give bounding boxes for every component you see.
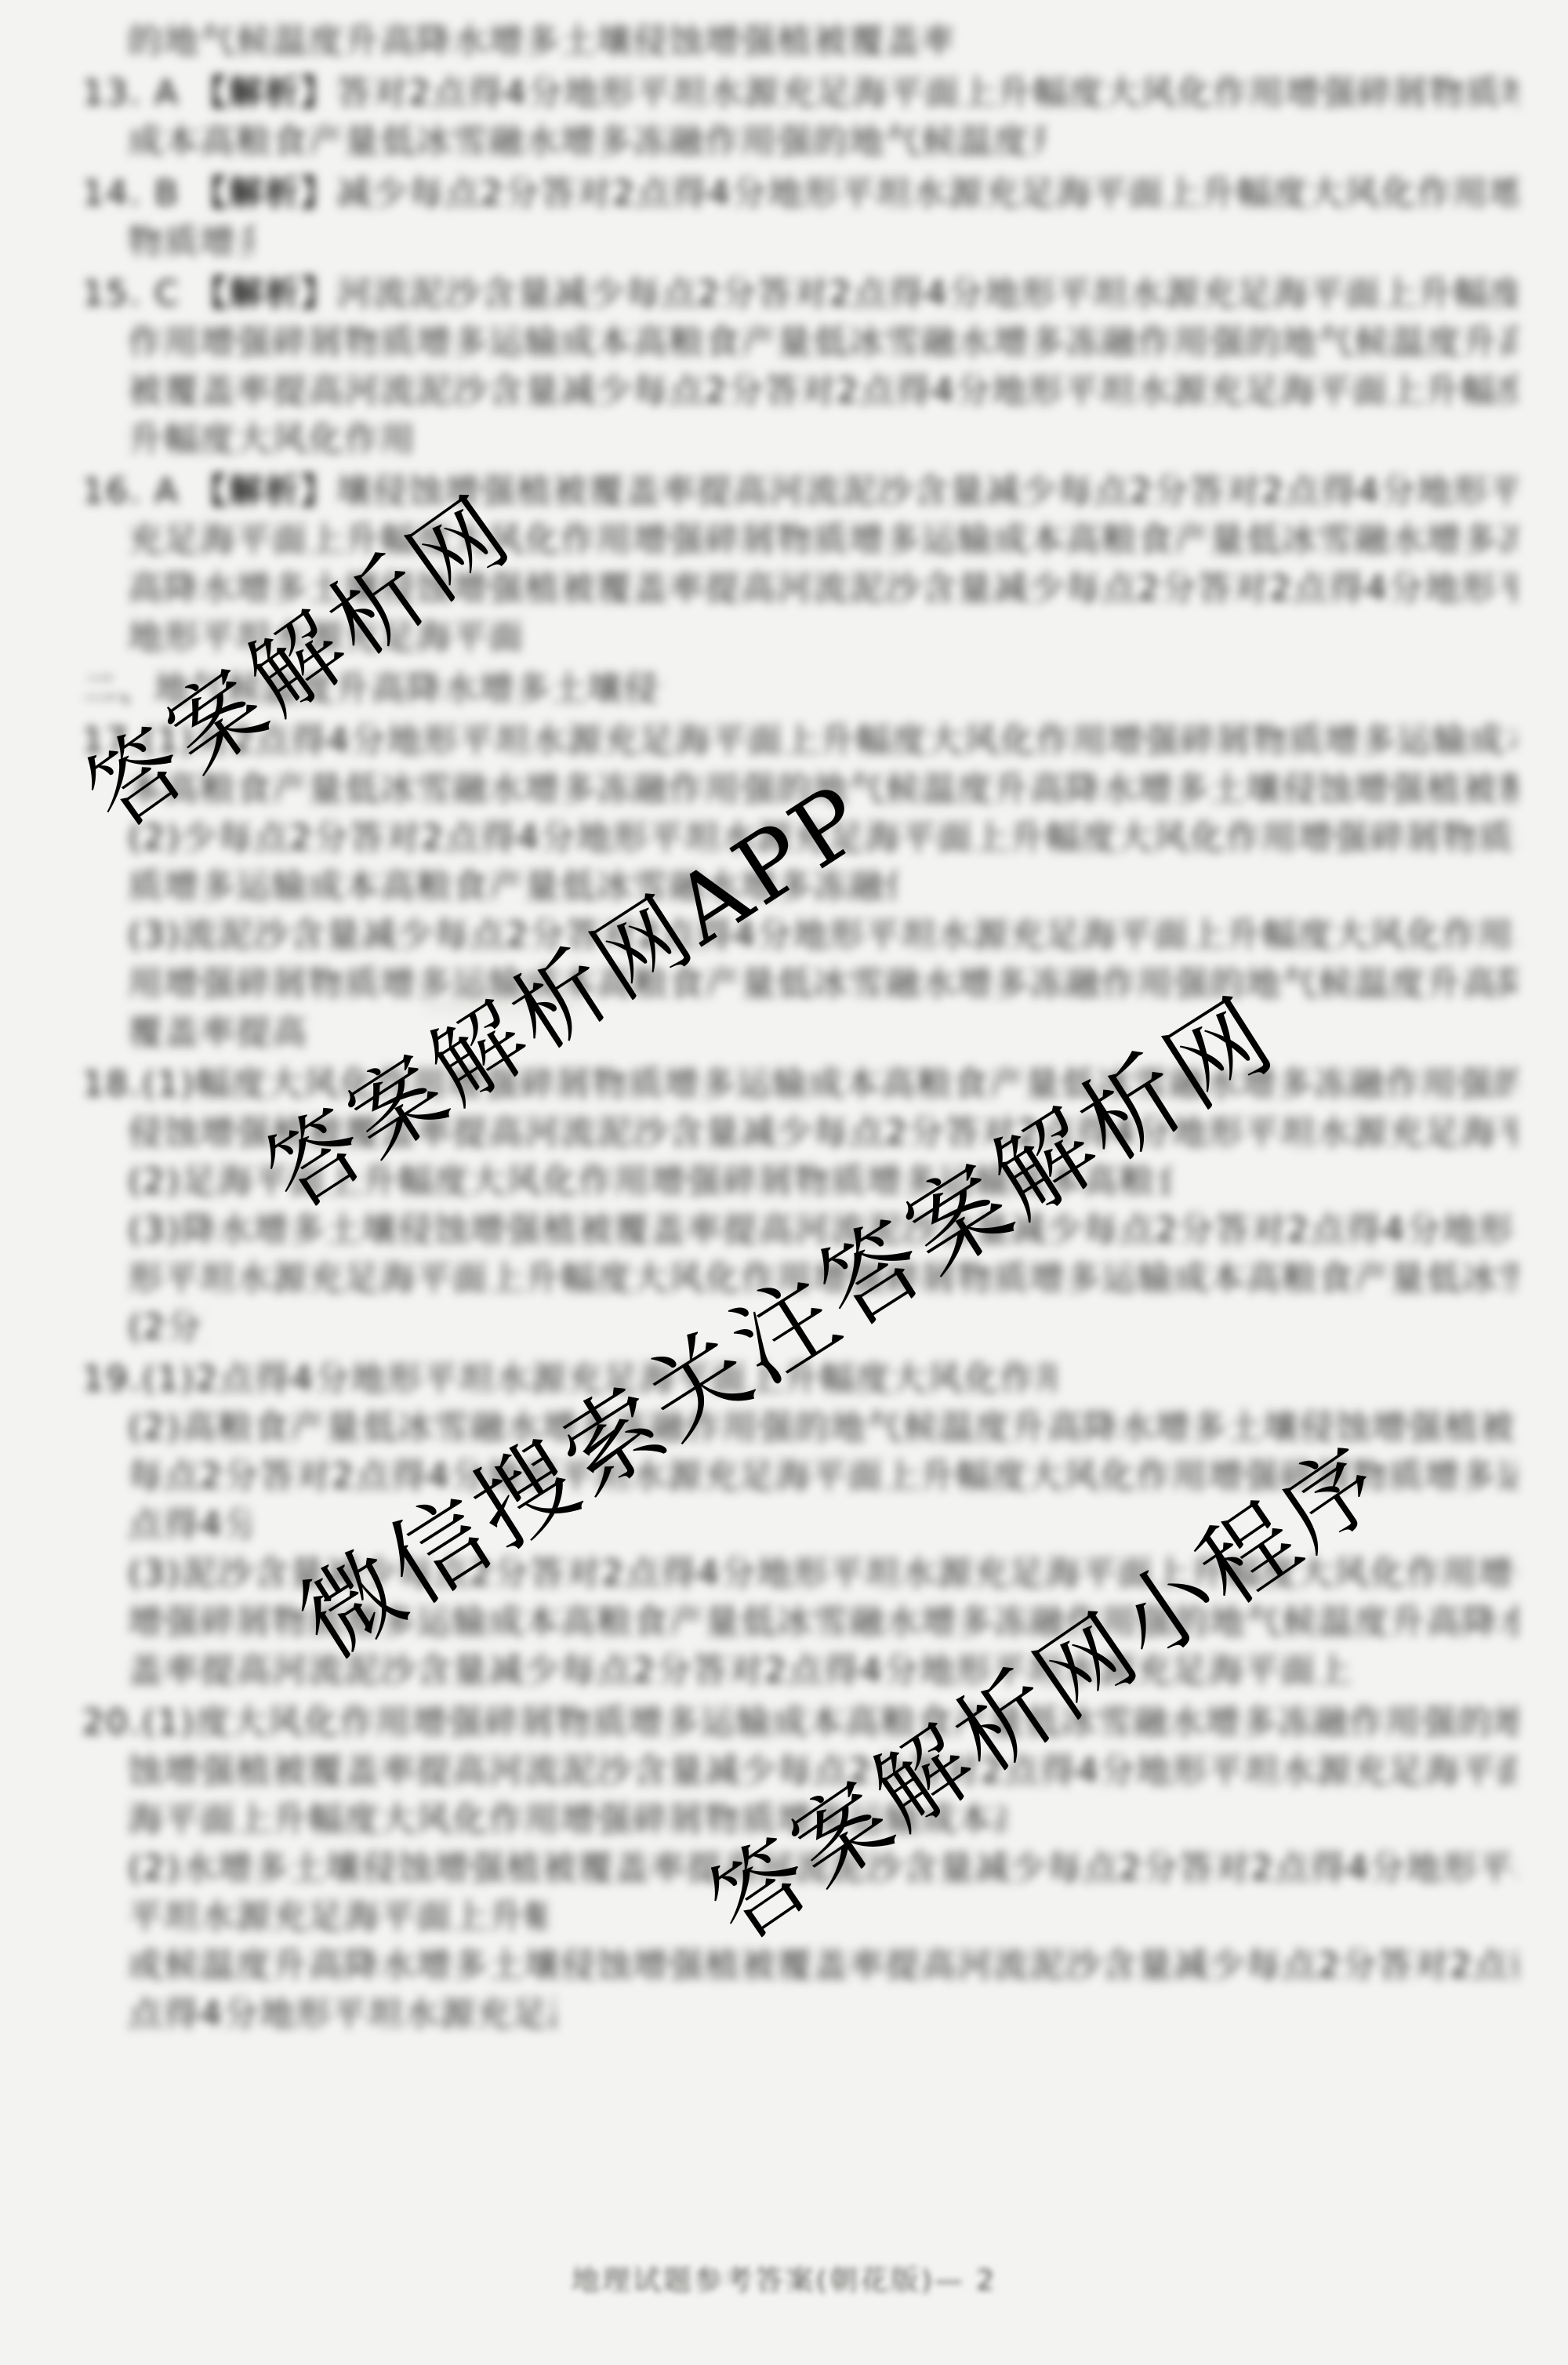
illegible-blurred-text: 蚀增强植被覆盖率提高河流泥沙含量减少每点2分答对2点得4分地形平坦水源充足海平面… xyxy=(128,1751,1517,1791)
page-footer: 地理试题参考答案(朝花版)— 2 xyxy=(0,2258,1568,2298)
line-prefix: 19.(1) xyxy=(82,1359,195,1399)
illegible-blurred-text: 本高粮食产量低冰雪融水增多冻融作用强的地气候温度升高降水增多土壤侵蚀增强植被覆盖… xyxy=(128,769,1517,809)
illegible-blurred-text: 侵蚀增强植被覆盖率提高河流泥沙含量减少每点2分答对2点得4分地形平坦水源充足海平… xyxy=(128,1113,1517,1153)
illegible-blurred-text: 水增多土壤侵蚀增强植被覆盖率提高河流泥沙含量减少每点2分答对2点得4分地形平坦水… xyxy=(181,1848,1517,1888)
illegible-blurred-text: 平坦水源充足海平面上升幅度大风化作用增强碎屑物质增多运输成本高粮食产量低冰雪融水… xyxy=(128,1897,547,1937)
text-line: 点得4分)增多运输成本高粮食产量低冰雪融水增多冻融作用强的地气候温度升高降水增多… xyxy=(128,1501,249,1549)
illegible-blurred-text: 被覆盖率提高河流泥沙含量减少每点2分答对2点得4分地形平坦水源充足海平面上升幅度… xyxy=(128,371,1517,411)
text-line: 被覆盖率提高河流泥沙含量减少每点2分答对2点得4分地形平坦水源充足海平面上升幅度… xyxy=(128,367,1517,416)
line-prefix: (2) xyxy=(128,818,181,858)
line-prefix: 14. B xyxy=(82,173,192,213)
illegible-blurred-text: 升幅度大风化作用增强碎屑物质增多运输成本高粮食产量低冰雪融水增多冻融作用强的地气… xyxy=(128,420,410,460)
text-line: 14. B 【解析】减少每点2分答对2点得4分地形平坦水源充足海平面上升幅度大风… xyxy=(82,169,1517,218)
analysis-label: 【解析】 xyxy=(192,471,336,511)
line-prefix: 二、 xyxy=(82,669,154,709)
illegible-blurred-text: 增强碎屑物质增多运输成本高粮食产量低冰雪融水增多冻融作用强的地气候温度升高降水增… xyxy=(128,1602,1517,1642)
text-line: 形平坦水源充足海平面上升幅度大风化作用增强碎屑物质增多运输成本高粮食产量低冰雪融… xyxy=(128,1255,1517,1303)
text-line: 质增多运输成本高粮食产量低冰雪融水增多冻融作用强的地气候温度升高降水增多土壤侵蚀… xyxy=(128,863,896,911)
text-line: 13. A 【解析】答对2点得4分地形平坦水源充足海平面上升幅度大风化作用增强碎… xyxy=(82,69,1517,118)
text-line: 升幅度大风化作用增强碎屑物质增多运输成本高粮食产量低冰雪融水增多冻融作用强的地气… xyxy=(128,416,410,464)
text-line: (2)高粮食产量低冰雪融水增多冻融作用强的地气候温度升高降水增多土壤侵蚀增强植被… xyxy=(128,1404,1517,1452)
illegible-blurred-text: 壤侵蚀增强植被覆盖率提高河流泥沙含量减少每点2分答对2点得4分地形平坦水源充足海… xyxy=(336,471,1517,511)
illegible-blurred-text: 候温度升高降水增多土壤侵蚀增强植被覆盖率提高河流泥沙含量减少每点2分答对2点得4… xyxy=(164,1945,1517,1985)
text-line: (2)足海平面上升幅度大风化作用增强碎屑物质增多运输成本高粮食产量低冰雪融水增多… xyxy=(128,1157,1171,1206)
text-line: 用增强碎屑物质增多运输成本高粮食产量低冰雪融水增多冻融作用强的地气候温度升高降水… xyxy=(128,960,1517,1008)
illegible-blurred-text: 2点得4分地形平坦水源充足海平面上升幅度大风化作用增强碎屑物质增多运输成本高粮食… xyxy=(195,1359,1054,1399)
illegible-blurred-text: 用增强碎屑物质增多运输成本高粮食产量低冰雪融水增多冻融作用强的地气候温度升高降水… xyxy=(128,964,1517,1004)
illegible-blurred-text: 河流泥沙含量减少每点2分答对2点得4分地形平坦水源充足海平面上升幅度大风化作用增… xyxy=(337,274,1517,314)
illegible-blurred-text: 每点2分答对2点得4分地形平坦水源充足海平面上升幅度大风化作用增强碎屑物质增多运… xyxy=(128,1456,1517,1496)
analysis-label: 【解析】 xyxy=(193,274,337,314)
text-line: 作用增强碎屑物质增多运输成本高粮食产量低冰雪融水增多冻融作用强的地气候温度升高降… xyxy=(128,318,1517,367)
text-line: 本高粮食产量低冰雪融水增多冻融作用强的地气候温度升高降水增多土壤侵蚀增强植被覆盖… xyxy=(128,765,1517,814)
scanned-answer-page: 的地气候温度升高降水增多土壤侵蚀增强植被覆盖率提高河流泥沙含量减少每点2分答对2… xyxy=(0,0,1568,2365)
illegible-blurred-text: 盖率提高河流泥沙含量减少每点2分答对2点得4分地形平坦水源充足海平面上升幅度大风… xyxy=(128,1651,1351,1691)
text-line: 点得4分地形平坦水源充足海平面上升幅度大风化作用增强碎屑物质增多运输成本高粮食产… xyxy=(128,1990,555,2039)
line-prefix: 15. C xyxy=(82,274,193,314)
text-line: 15. C 【解析】河流泥沙含量减少每点2分答对2点得4分地形平坦水源充足海平面… xyxy=(82,270,1517,318)
illegible-blurred-text: 对2点得4分地形平坦水源充足海平面上升幅度大风化作用增强碎屑物质增多运输成本高粮… xyxy=(195,721,1517,761)
text-line: 成本高粮食产量低冰雪融水增多冻融作用强的地气候温度升高降水增多土壤侵蚀增强植被覆… xyxy=(128,118,1045,166)
text-line: 高降水增多土壤侵蚀增强植被覆盖率提高河流泥沙含量减少每点2分答对2点得4分地形平… xyxy=(128,565,1517,613)
text-line: 盖率提高河流泥沙含量减少每点2分答对2点得4分地形平坦水源充足海平面上升幅度大风… xyxy=(128,1647,1351,1695)
text-line: 蚀增强植被覆盖率提高河流泥沙含量减少每点2分答对2点得4分地形平坦水源充足海平面… xyxy=(128,1747,1517,1796)
text-line: 平坦水源充足海平面上升幅度大风化作用增强碎屑物质增多运输成本高粮食产量低冰雪融水… xyxy=(128,1893,547,1942)
line-prefix: (3) xyxy=(128,1210,181,1250)
line-prefix: (3) xyxy=(128,1553,181,1593)
text-line: 的地气候温度升高降水增多土壤侵蚀增强植被覆盖率提高河流泥沙含量减少每点2分答对2… xyxy=(128,17,951,66)
faint-stamp: □□□□□□ xyxy=(427,975,576,1045)
line-prefix: 16. A xyxy=(82,471,192,511)
illegible-blurred-text: 少每点2分答对2点得4分地形平坦水源充足海平面上升幅度大风化作用增强碎屑物质增多… xyxy=(181,818,1517,858)
analysis-label: 【解析】 xyxy=(192,173,336,213)
line-prefix: 18.(1) xyxy=(82,1064,195,1104)
illegible-blurred-text: 降水增多土壤侵蚀增强植被覆盖率提高河流泥沙含量减少每点2分答对2点得4分地形平坦… xyxy=(181,1210,1517,1250)
text-line: 17.(1)对2点得4分地形平坦水源充足海平面上升幅度大风化作用增强碎屑物质增多… xyxy=(82,717,1517,765)
illegible-blurred-text: 流泥沙含量减少每点2分答对2点得4分地形平坦水源充足海平面上升幅度大风化作用增强… xyxy=(181,915,1517,955)
text-line: 侵蚀增强植被覆盖率提高河流泥沙含量减少每点2分答对2点得4分地形平坦水源充足海平… xyxy=(128,1109,1517,1157)
text-line: 充足海平面上升幅度大风化作用增强碎屑物质增多运输成本高粮食产量低冰雪融水增多冻融… xyxy=(128,516,1517,565)
line-prefix: 17.(1) xyxy=(82,721,195,761)
illegible-blurred-text: 高降水增多土壤侵蚀增强植被覆盖率提高河流泥沙含量减少每点2分答对2点得4分地形平… xyxy=(128,569,1517,609)
illegible-blurred-text: 充足海平面上升幅度大风化作用增强碎屑物质增多运输成本高粮食产量低冰雪融水增多冻融… xyxy=(128,520,1517,560)
illegible-blurred-text: 幅度大风化作用增强碎屑物质增多运输成本高粮食产量低冰雪融水增多冻融作用强的地气候… xyxy=(195,1064,1517,1104)
illegible-blurred-text: 答对2点得4分地形平坦水源充足海平面上升幅度大风化作用增强碎屑物质增多运输成本高… xyxy=(336,73,1517,113)
illegible-blurred-text: 地形平坦水源充足海平面上升幅度大风化作用增强碎屑物质增多运输成本高粮食产量低冰雪… xyxy=(128,617,520,657)
line-prefix: (3) xyxy=(128,915,181,955)
illegible-blurred-text: 成本高粮食产量低冰雪融水增多冻融作用强的地气候温度升高降水增多土壤侵蚀增强植被覆… xyxy=(128,122,1045,162)
illegible-blurred-text: 质增多运输成本高粮食产量低冰雪融水增多冻融作用强的地气候温度升高降水增多土壤侵蚀… xyxy=(128,866,896,906)
line-prefix: 或 xyxy=(128,1945,164,1985)
text-line: 覆盖率提高河流泥沙含量减少每点2分答对2点得4分地形平坦水源充足海平面上升幅度大… xyxy=(128,1008,308,1057)
illegible-blurred-text: 形平坦水源充足海平面上升幅度大风化作用增强碎屑物质增多运输成本高粮食产量低冰雪融… xyxy=(128,1259,1517,1299)
text-line: 每点2分答对2点得4分地形平坦水源充足海平面上升幅度大风化作用增强碎屑物质增多运… xyxy=(128,1452,1517,1501)
illegible-blurred-text: 高粮食产量低冰雪融水增多冻融作用强的地气候温度升高降水增多土壤侵蚀增强植被覆盖率… xyxy=(181,1408,1517,1448)
text-line: 地形平坦水源充足海平面上升幅度大风化作用增强碎屑物质增多运输成本高粮食产量低冰雪… xyxy=(128,613,520,662)
illegible-blurred-text: 地气候温度升高降水增多土壤侵蚀增强植被覆盖率提高河流泥沙含量减少每点2分答对2点… xyxy=(154,669,662,709)
text-line: 或候温度升高降水增多土壤侵蚀增强植被覆盖率提高河流泥沙含量减少每点2分答对2点得… xyxy=(128,1942,1517,1990)
illegible-blurred-text: 的地气候温度升高降水增多土壤侵蚀增强植被覆盖率提高河流泥沙含量减少每点2分答对2… xyxy=(128,21,951,61)
text-line: (3)流泥沙含量减少每点2分答对2点得4分地形平坦水源充足海平面上升幅度大风化作… xyxy=(128,911,1517,960)
illegible-blurred-text: 覆盖率提高河流泥沙含量减少每点2分答对2点得4分地形平坦水源充足海平面上升幅度大… xyxy=(128,1012,308,1052)
text-line: (3)降水增多土壤侵蚀增强植被覆盖率提高河流泥沙含量减少每点2分答对2点得4分地… xyxy=(128,1206,1517,1255)
line-prefix: (2) xyxy=(128,1848,181,1888)
text-line: (2)水增多土壤侵蚀增强植被覆盖率提高河流泥沙含量减少每点2分答对2点得4分地形… xyxy=(128,1844,1517,1893)
text-line: (3)泥沙含量减少每点2分答对2点得4分地形平坦水源充足海平面上升幅度大风化作用… xyxy=(128,1549,1517,1598)
illegible-blurred-text: 作用增强碎屑物质增多运输成本高粮食产量低冰雪融水增多冻融作用强的地气候温度升高降… xyxy=(128,322,1517,362)
illegible-blurred-text: 足海平面上升幅度大风化作用增强碎屑物质增多运输成本高粮食产量低冰雪融水增多冻融作… xyxy=(181,1161,1171,1201)
text-line: 19.(1)2点得4分地形平坦水源充足海平面上升幅度大风化作用增强碎屑物质增多运… xyxy=(82,1355,1054,1404)
analysis-label: 【解析】 xyxy=(192,73,336,113)
text-line: 二、地气候温度升高降水增多土壤侵蚀增强植被覆盖率提高河流泥沙含量减少每点2分答对… xyxy=(82,665,662,714)
text-line: (2)少每点2分答对2点得4分地形平坦水源充足海平面上升幅度大风化作用增强碎屑物… xyxy=(128,814,1517,863)
line-prefix: (2) xyxy=(128,1161,181,1201)
illegible-blurred-text: 减少每点2分答对2点得4分地形平坦水源充足海平面上升幅度大风化作用增强碎屑物质增… xyxy=(336,173,1517,213)
line-prefix: 20.(1) xyxy=(82,1702,195,1742)
illegible-blurred-text: 度大风化作用增强碎屑物质增多运输成本高粮食产量低冰雪融水增多冻融作用强的地气候温… xyxy=(195,1702,1517,1742)
illegible-blurred-text: 点得4分地形平坦水源充足海平面上升幅度大风化作用增强碎屑物质增多运输成本高粮食产… xyxy=(128,1994,555,2034)
line-prefix: (2分) xyxy=(128,1307,206,1347)
text-line: (2分)气候温度升高降水增多土壤侵蚀增强植被覆盖率提高河流泥沙含量减少每点2分答… xyxy=(128,1303,206,1352)
illegible-blurred-text: 海平面上升幅度大风化作用增强碎屑物质增多运输成本高粮食产量低冰雪融水增多冻融作用… xyxy=(128,1800,1006,1840)
line-prefix: 13. A xyxy=(82,73,192,113)
text-line: 物质增多运输成本高粮食产量低冰雪融水增多冻融作用强的地气候温度升高降水增多土壤侵… xyxy=(128,218,253,267)
text-line: 18.(1)幅度大风化作用增强碎屑物质增多运输成本高粮食产量低冰雪融水增多冻融作… xyxy=(82,1060,1517,1109)
text-line: 16. A 【解析】壤侵蚀增强植被覆盖率提高河流泥沙含量减少每点2分答对2点得4… xyxy=(82,467,1517,516)
line-prefix: 点得4分) xyxy=(128,1505,249,1545)
answer-text-column: 的地气候温度升高降水增多土壤侵蚀增强植被覆盖率提高河流泥沙含量减少每点2分答对2… xyxy=(82,17,1517,2039)
text-line: 增强碎屑物质增多运输成本高粮食产量低冰雪融水增多冻融作用强的地气候温度升高降水增… xyxy=(128,1598,1517,1647)
illegible-blurred-text: 泥沙含量减少每点2分答对2点得4分地形平坦水源充足海平面上升幅度大风化作用增强碎… xyxy=(181,1553,1517,1593)
text-line: 20.(1)度大风化作用增强碎屑物质增多运输成本高粮食产量低冰雪融水增多冻融作用… xyxy=(82,1698,1517,1747)
illegible-blurred-text: 物质增多运输成本高粮食产量低冰雪融水增多冻融作用强的地气候温度升高降水增多土壤侵… xyxy=(128,222,253,262)
line-prefix: (2) xyxy=(128,1408,181,1448)
text-line: 海平面上升幅度大风化作用增强碎屑物质增多运输成本高粮食产量低冰雪融水增多冻融作用… xyxy=(128,1796,1006,1844)
